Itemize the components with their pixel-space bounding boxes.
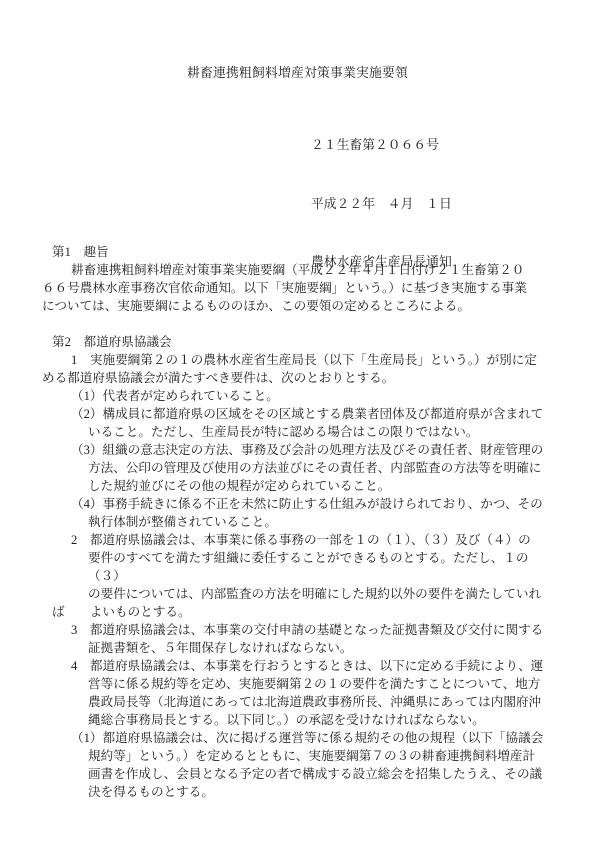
document-line: 3 都道府県協議会は、本事業の交付申請の基礎となった証拠書類及び交付に関する [42, 621, 557, 639]
document-line: （4）事務手続きに係る不正を未然に防止する仕組みが設けられており、かつ、その [42, 495, 557, 513]
blank-line [42, 315, 557, 333]
document-title: 耕畜連携粗飼料増産対策事業実施要領 [0, 62, 595, 81]
document-line: 縄総合事務局長とする。以下同じ。）の承認を受けなければならない。 [42, 711, 557, 729]
document-line: については、実施要綱によるもののほか、この要領の定めるところによる。 [42, 297, 557, 315]
document-line: 2 都道府県協議会は、本事業に係る事務の一部を１の（１）、（３）及び（４）の [42, 531, 557, 549]
document-line: 執行体制が整備されていること。 [42, 513, 557, 531]
document-line: （1）都道府県協議会は、次に掲げる運営等に係る規約その他の規程（以下「協議会 [42, 729, 557, 747]
document-line: （3）組織の意志決定の方法、事務及び会計の処理方法及びその責任者、財産管理の [42, 441, 557, 459]
document-line: 4 都道府県協議会は、本事業を行おうとするときは、以下に定める手続により、運 [42, 657, 557, 675]
doc-number: ２１生畜第２０６６号 [311, 136, 452, 156]
document-line: ば よいものとする。 [42, 603, 557, 621]
document-line: 耕畜連携粗飼料増産対策事業実施要綱（平成２２年４月１日付け２１生畜第２０ [42, 261, 557, 279]
document-line: 決を得るものとする。 [42, 783, 557, 801]
document-line: 方法、公印の管理及び使用の方法並びにその責任者、内部監査の方法等を明確に [42, 459, 557, 477]
doc-date: 平成２２年 ４月 １日 [311, 195, 452, 215]
document-line: 1 実施要綱第２の１の農林水産省生産局長（以下「生産局長」という。）が別に定 [42, 351, 557, 369]
document-body: 第1 趣旨耕畜連携粗飼料増産対策事業実施要綱（平成２２年４月１日付け２１生畜第２… [42, 243, 557, 801]
document-line: 営等に係る規約等を定め、実施要綱第２の１の要件を満たすことについて、地方 [42, 675, 557, 693]
document-line: ６６号農林水産事務次官依命通知。以下「実施要綱」という。）に基づき実施する事業 [42, 279, 557, 297]
document-page: 耕畜連携粗飼料増産対策事業実施要領 ２１生畜第２０６６号 平成２２年 ４月 １日… [0, 0, 595, 841]
document-line: 要件のすべてを満たす組織に委任することができるものとする。ただし、１の（３） [42, 549, 557, 585]
document-line: 規約等」という。）を定めるとともに、実施要綱第７の３の耕畜連携飼料増産計 [42, 747, 557, 765]
document-line: 画書を作成し、会員となる予定の者で構成する設立総会を招集したうえ、その議 [42, 765, 557, 783]
document-line: の要件については、内部監査の方法を明確にした規約以外の要件を満たしていれ [42, 585, 557, 603]
document-line: した規約並びにその他の規程が定められていること。 [42, 477, 557, 495]
document-line: 証拠書類を、５年間保存しなければならない。 [42, 639, 557, 657]
document-line: める都道府県協議会が満たすべき要件は、次のとおりとする。 [42, 369, 557, 387]
document-line: 第2 都道府県協議会 [42, 333, 557, 351]
document-line: 第1 趣旨 [42, 243, 557, 261]
document-line: いること。ただし、生産局長が特に認める場合はこの限りではない。 [42, 423, 557, 441]
document-line: 農政局長等（北海道にあっては北海道農政事務所長、沖縄県にあっては内閣府沖 [42, 693, 557, 711]
document-line: （1）代表者が定められていること。 [42, 387, 557, 405]
document-line: （2）構成員に都道府県の区域をその区域とする農業者団体及び都道府県が含まれて [42, 405, 557, 423]
